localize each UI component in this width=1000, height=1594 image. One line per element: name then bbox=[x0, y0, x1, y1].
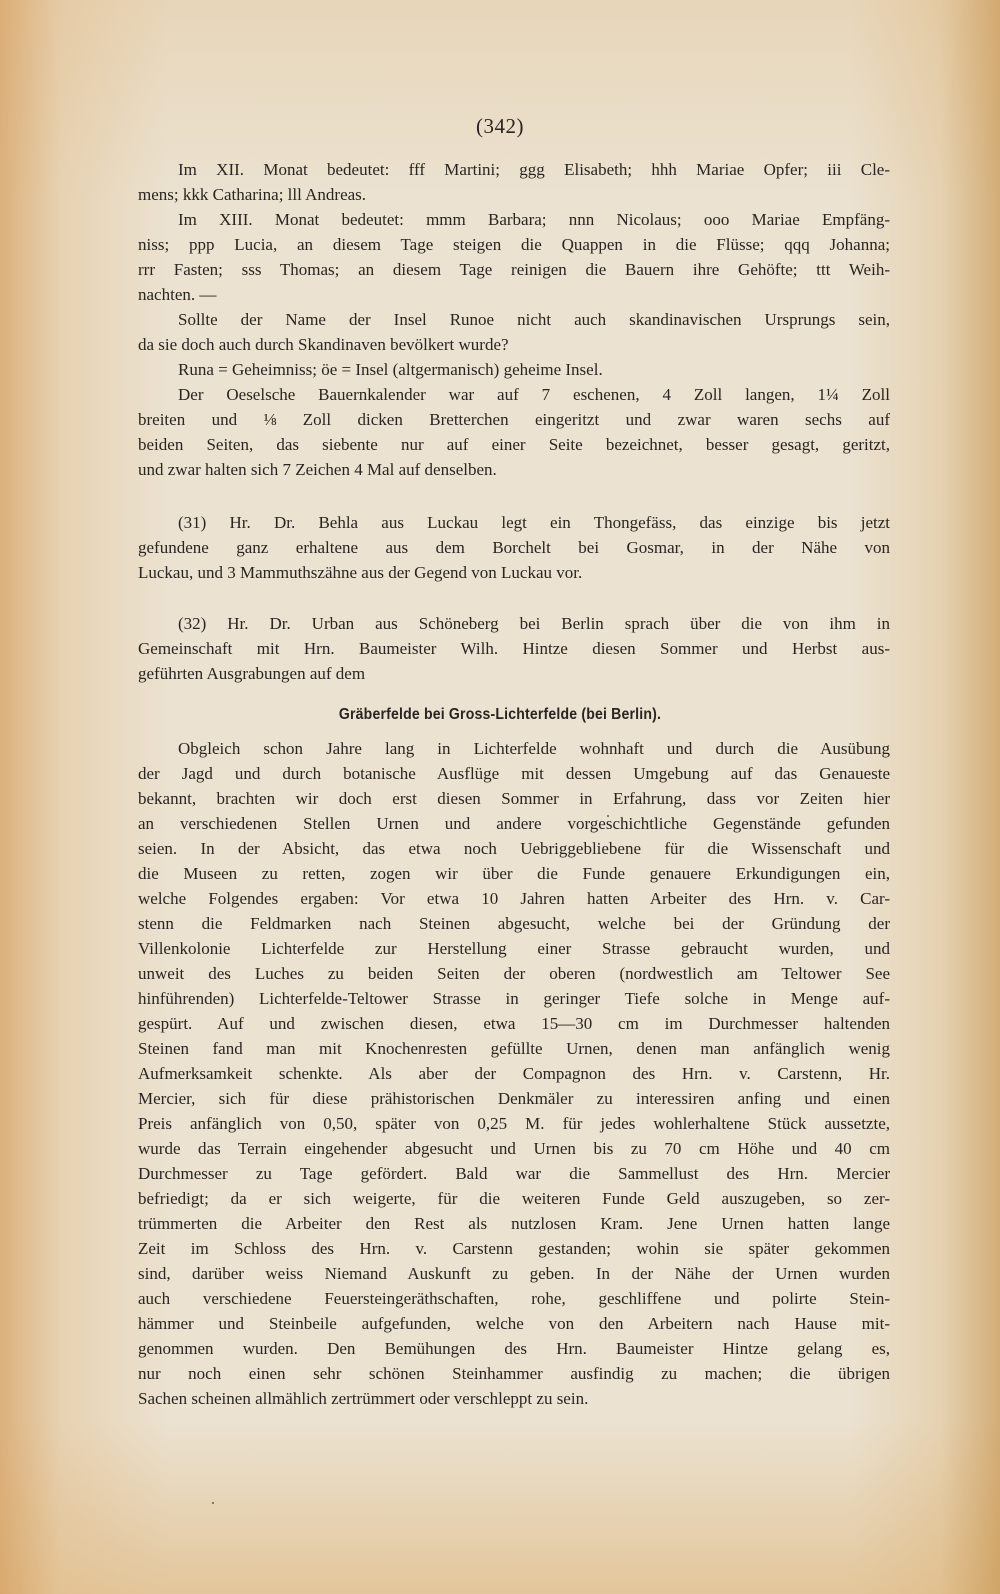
text-line: Sollte der Name der Insel Runoe nicht au… bbox=[178, 308, 890, 332]
section-heading: Gräberfelde bei Gross-Lichterfelde (bei … bbox=[60, 706, 940, 724]
text-line: auch verschiedene Feuersteingeräthschaft… bbox=[138, 1287, 890, 1311]
text-line: befriedigt; da er sich weigerte, für die… bbox=[138, 1187, 890, 1211]
text-line: Steinen fand man mit Knochenresten gefül… bbox=[138, 1037, 890, 1061]
text-line: Sachen scheinen allmählich zertrümmert o… bbox=[138, 1387, 890, 1411]
text-line: Im XII. Monat bedeutet: fff Martini; ggg… bbox=[178, 158, 890, 182]
text-line: trümmerten die Arbeiter den Rest als nut… bbox=[138, 1212, 890, 1236]
text-line: (32) Hr. Dr. Urban aus Schöneberg bei Be… bbox=[178, 612, 890, 636]
text-line: wurde das Terrain eingehender abgesucht … bbox=[138, 1137, 890, 1161]
text-line: Durchmesser zu Tage gefördert. Bald war … bbox=[138, 1162, 890, 1186]
text-line: Im XIII. Monat bedeutet: mmm Barbara; nn… bbox=[178, 208, 890, 232]
text-line: mens; kkk Catharina; lll Andreas. bbox=[138, 183, 890, 207]
text-line: unweit des Luches zu beiden Seiten der o… bbox=[138, 962, 890, 986]
text-line: Aufmerksamkeit schenkte. Als aber der Co… bbox=[138, 1062, 890, 1086]
text-line: seien. In der Absicht, das etwa noch Ueb… bbox=[138, 837, 890, 861]
text-line: hämmer und Steinbeile aufgefunden, welch… bbox=[138, 1312, 890, 1336]
text-line: nachten. — bbox=[138, 283, 890, 307]
paper-speck bbox=[607, 815, 609, 817]
text-line: genommen wurden. Den Bemühungen des Hrn.… bbox=[138, 1337, 890, 1361]
text-line: niss; ppp Lucia, an diesem Tage steigen … bbox=[138, 233, 890, 257]
text-line: geführten Ausgrabungen auf dem bbox=[138, 662, 890, 686]
text-line: und zwar halten sich 7 Zeichen 4 Mal auf… bbox=[138, 458, 890, 482]
text-line: da sie doch auch durch Skandinaven bevöl… bbox=[138, 333, 890, 357]
text-line: Obgleich schon Jahre lang in Lichterfeld… bbox=[178, 737, 890, 761]
text-line: Villenkolonie Lichterfelde zur Herstellu… bbox=[138, 937, 890, 961]
text-line: Runa = Geheimniss; öe = Insel (altgerman… bbox=[178, 358, 890, 382]
text-line: sind, darüber weiss Niemand Auskunft zu … bbox=[138, 1262, 890, 1286]
text-line: Preis anfänglich von 0,50, später von 0,… bbox=[138, 1112, 890, 1136]
text-line: bekannt, brachten wir doch erst diesen S… bbox=[138, 787, 890, 811]
text-line: die Museen zu retten, zogen wir über die… bbox=[138, 862, 890, 886]
text-line: nur noch einen sehr schönen Steinhammer … bbox=[138, 1362, 890, 1386]
text-line: hinführenden) Lichterfelde-Teltower Stra… bbox=[138, 987, 890, 1011]
text-line: Der Oeselsche Bauernkalender war auf 7 e… bbox=[178, 383, 890, 407]
text-line: breiten und ⅛ Zoll dicken Bretterchen ei… bbox=[138, 408, 890, 432]
text-line: Luckau, und 3 Mammuthszähne aus der Gege… bbox=[138, 561, 890, 585]
text-line: gefundene ganz erhaltene aus dem Borchel… bbox=[138, 536, 890, 560]
text-line: beiden Seiten, das siebente nur auf eine… bbox=[138, 433, 890, 457]
text-line: gespürt. Auf und zwischen diesen, etwa 1… bbox=[138, 1012, 890, 1036]
text-line: (31) Hr. Dr. Behla aus Luckau legt ein T… bbox=[178, 511, 890, 535]
text-line: an verschiedenen Stellen Urnen und ander… bbox=[138, 812, 890, 836]
text-line: Mercier, sich für diese prähistorischen … bbox=[138, 1087, 890, 1111]
text-line: Zeit im Schloss des Hrn. v. Carstenn ges… bbox=[138, 1237, 890, 1261]
page-number: (342) bbox=[0, 114, 1000, 139]
text-line: stenn die Feldmarken nach Steinen abgesu… bbox=[138, 912, 890, 936]
text-line: rrr Fasten; sss Thomas; an diesem Tage r… bbox=[138, 258, 890, 282]
text-line: welche Folgendes ergaben: Vor etwa 10 Ja… bbox=[138, 887, 890, 911]
text-line: der Jagd und durch botanische Ausflüge m… bbox=[138, 762, 890, 786]
paper-speck bbox=[212, 1502, 214, 1504]
text-line: Gemeinschaft mit Hrn. Baumeister Wilh. H… bbox=[138, 637, 890, 661]
